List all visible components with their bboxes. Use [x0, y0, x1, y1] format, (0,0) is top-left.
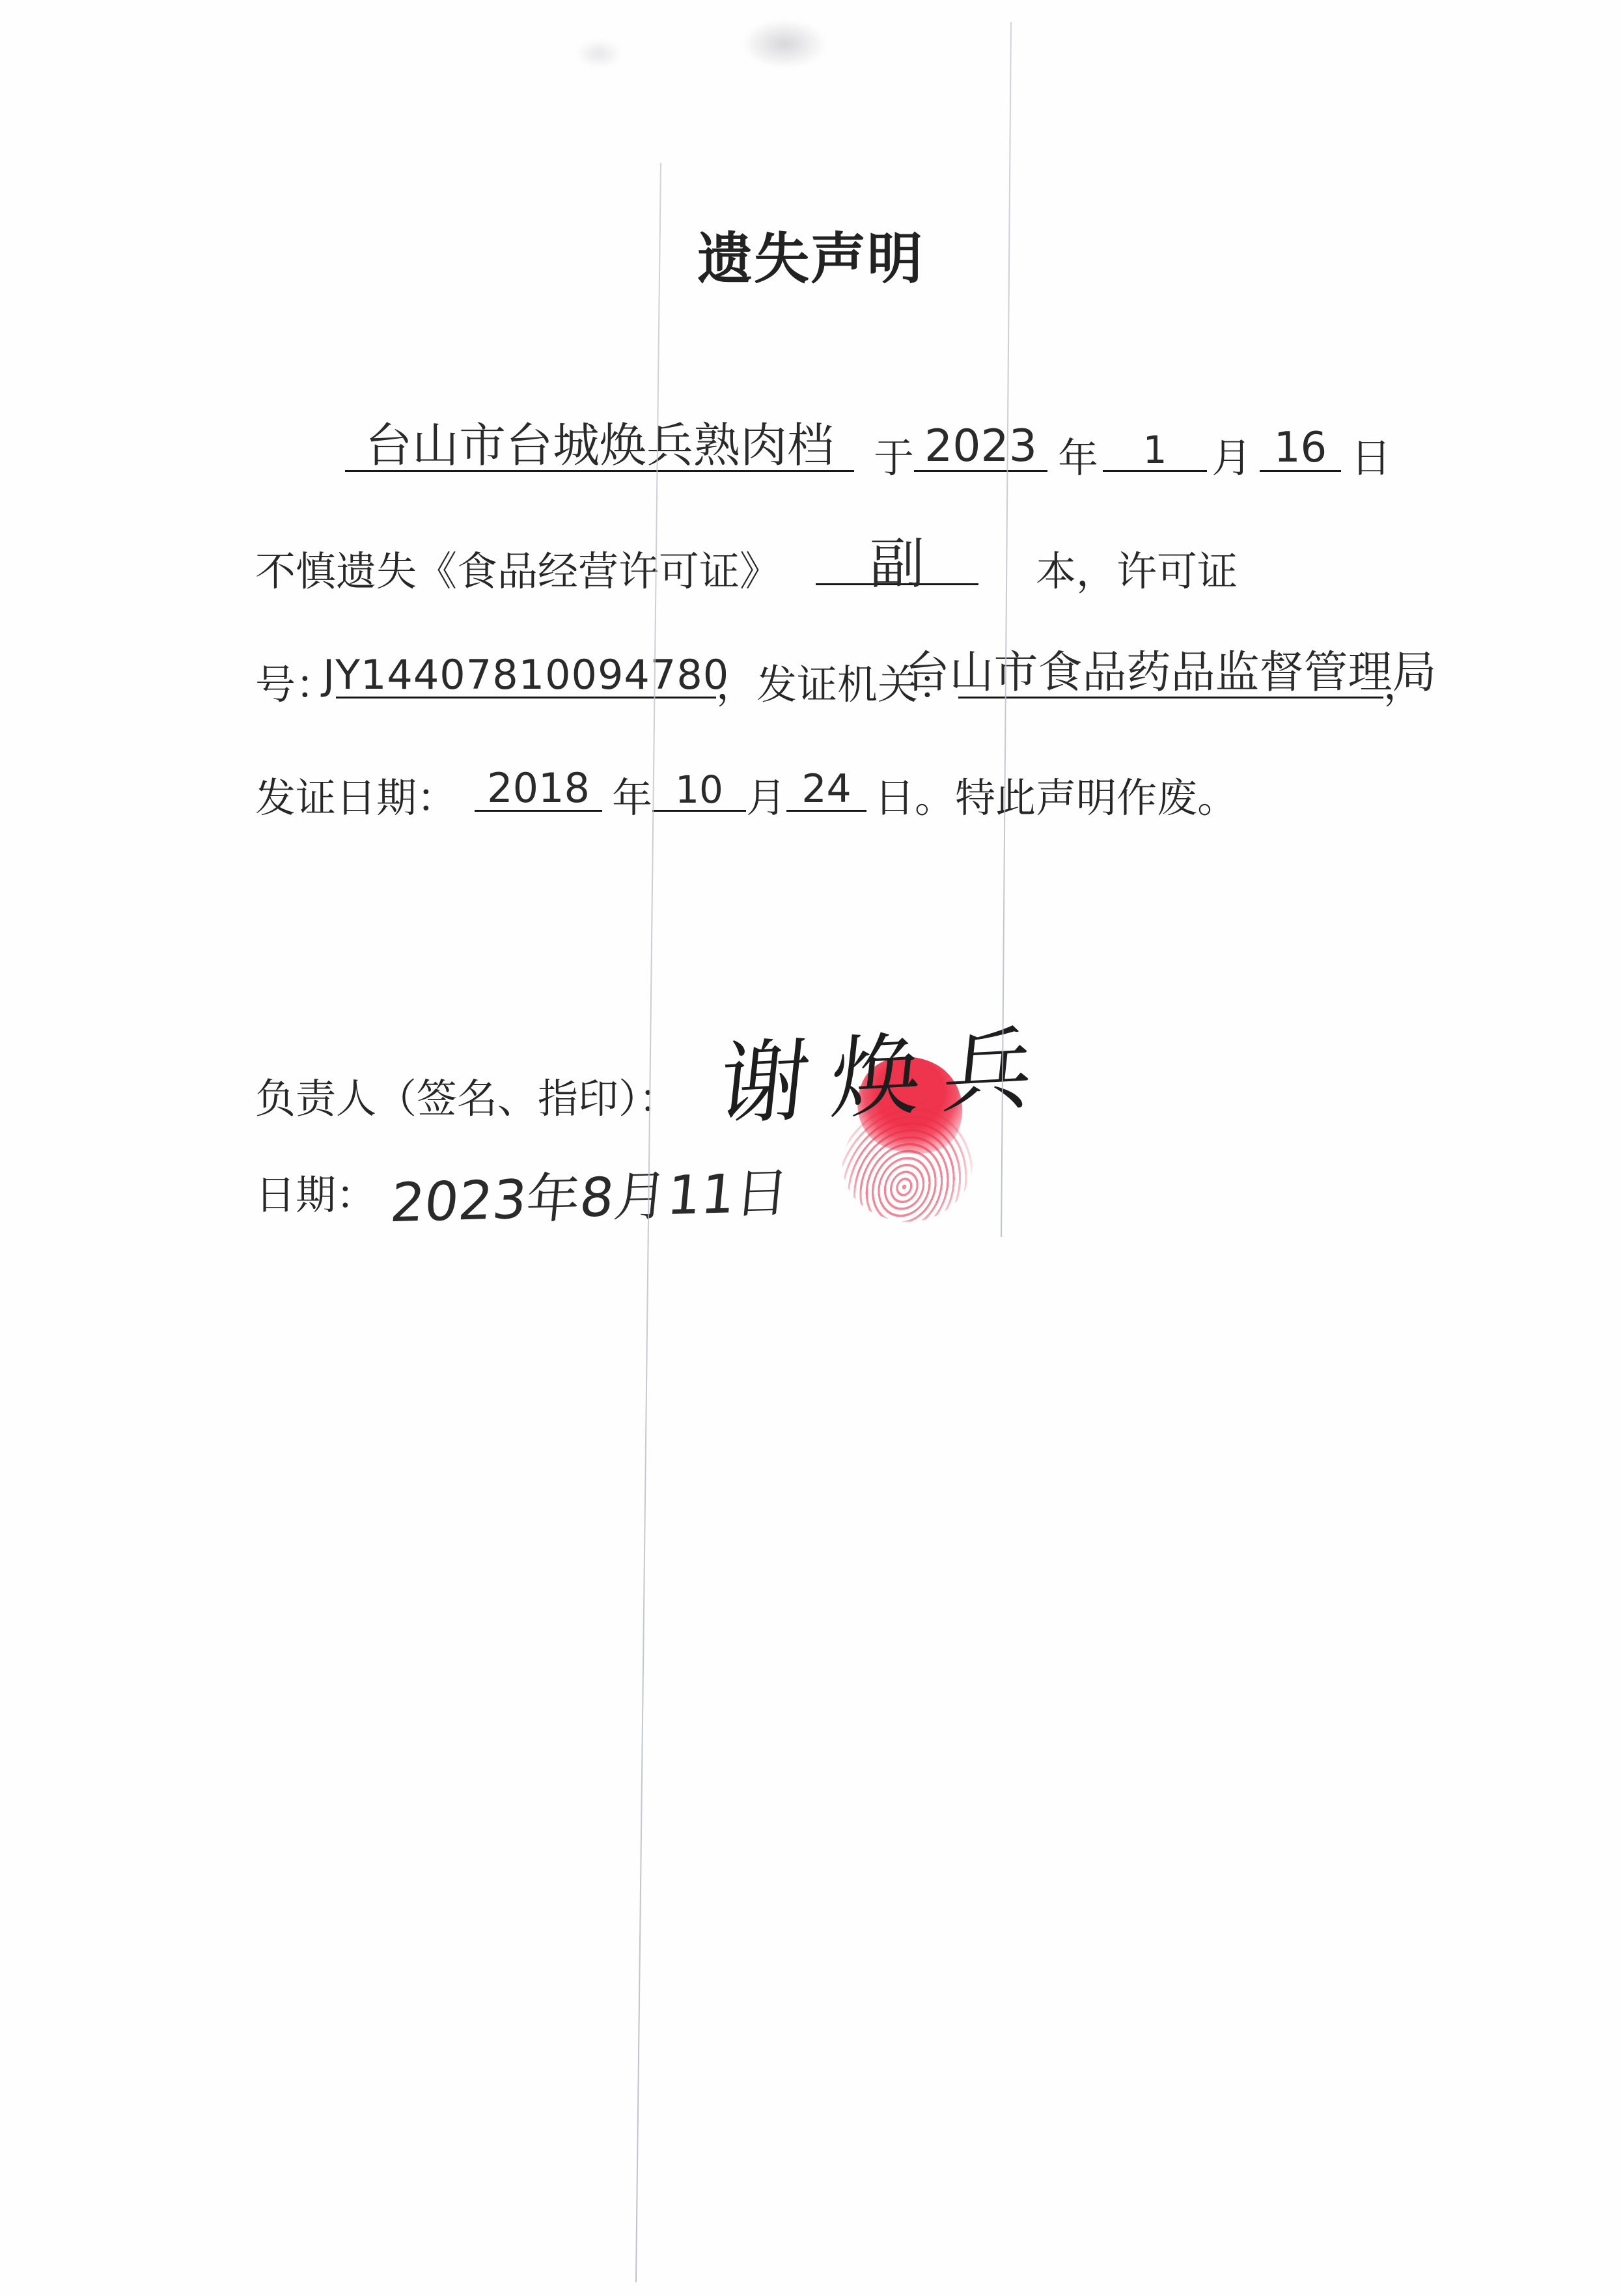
business-name-blank: 台山市台城焕兵熟肉档 [345, 463, 854, 472]
signature-line: 负责人（签名、指印）： [255, 1075, 679, 1124]
handwritten-signature: 谢焕兵 [715, 1023, 1060, 1131]
loss-year-blank: 2023 [914, 463, 1047, 472]
license-number-blank: JY14407810094780 [336, 690, 716, 698]
handwritten-date: 2023年8月11日 [388, 1167, 791, 1230]
declaration-line-4: 发证日期：2018年10月24日。特此声明作废。 [255, 775, 1238, 823]
printed-copy-suffix: 本，许可证 [1036, 548, 1238, 596]
handwritten-loss-year: 2023 [924, 424, 1037, 469]
handwritten-loss-month: 1 [1143, 431, 1167, 469]
printed-lost-certificate: 不慎遗失《食品经营许可证》 [255, 548, 780, 596]
printed-month-label: 月 [746, 775, 786, 823]
loss-month-blank: 1 [1103, 463, 1207, 472]
declaration-line-3: 号：JY14407810094780，发证机关：台山市食品药品监督管理局， [255, 661, 1424, 710]
handwritten-loss-day: 16 [1274, 427, 1327, 469]
declaration-line-1: 台山市台城焕兵熟肉档于2023年1月16日 [255, 435, 1391, 483]
issue-year-blank: 2018 [475, 803, 602, 812]
handwritten-license-number: JY14407810094780 [323, 655, 729, 695]
printed-year-label: 年 [612, 775, 652, 823]
date-line: 日期： [255, 1172, 376, 1220]
scan-smudge [576, 39, 622, 68]
printed-yu: 于 [874, 435, 914, 483]
printed-year-label: 年 [1058, 435, 1098, 483]
handwritten-issuer: 台山市食品药品监督管理局 [906, 651, 1437, 695]
scan-smudge [742, 20, 827, 68]
printed-day-label: 日 [1351, 435, 1391, 483]
printed-issue-date-label: 发证日期： [255, 775, 457, 823]
printed-day-label: 日。 [874, 775, 955, 823]
copy-type-blank: 副 [816, 577, 978, 585]
loss-declaration-document: 遗失声明 台山市台城焕兵熟肉档于2023年1月16日 不慎遗失《食品经营许可证》… [0, 0, 1621, 2296]
loss-day-blank: 16 [1260, 463, 1341, 472]
printed-void-statement: 特此声明作废。 [955, 775, 1238, 823]
issue-month-blank: 10 [652, 803, 746, 812]
handwritten-issue-year: 2018 [487, 768, 590, 809]
issuer-blank: 台山市食品药品监督管理局 [958, 690, 1383, 698]
handwritten-business-name: 台山市台城焕兵熟肉档 [365, 422, 834, 469]
printed-month-label: 月 [1212, 435, 1252, 483]
printed-date-label: 日期： [255, 1172, 376, 1220]
printed-signature-label: 负责人（签名、指印）： [255, 1075, 679, 1124]
page-title: 遗失声明 [0, 215, 1621, 294]
declaration-line-2: 不慎遗失《食品经营许可证》副本，许可证 [255, 548, 1238, 596]
handwritten-copy-type: 副 [870, 536, 924, 591]
issue-day-blank: 24 [786, 803, 866, 812]
handwritten-issue-day: 24 [801, 769, 851, 809]
handwritten-issue-month: 10 [675, 771, 723, 809]
